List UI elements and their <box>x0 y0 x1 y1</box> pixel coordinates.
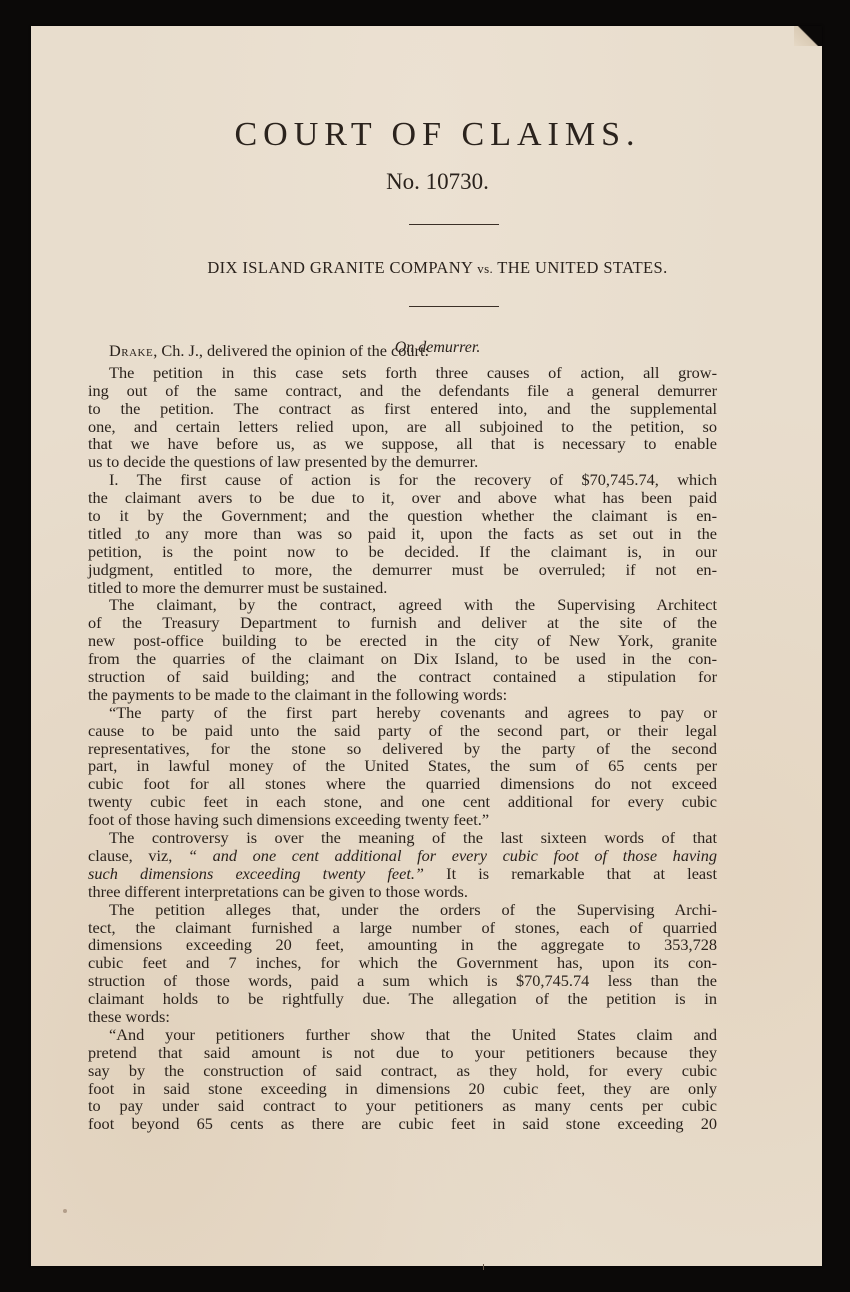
paper-mark <box>483 1264 484 1270</box>
italic-quote: such dimensions exceeding twenty feet.” <box>88 864 424 883</box>
text-line: pretend that said amount is not due to y… <box>88 1044 717 1062</box>
text-line: titled to more the demurrer must be sust… <box>88 579 717 597</box>
text-line: clause, viz, “ and one cent additional f… <box>88 847 717 865</box>
text-line: these words: <box>88 1008 717 1026</box>
text-line: part, in lawful money of the United Stat… <box>88 757 717 775</box>
paragraph: The petition alleges that, under the ord… <box>88 901 717 1026</box>
text-line: dimensions exceeding 20 feet, amounting … <box>88 936 717 954</box>
paragraph: The petition in this case sets forth thr… <box>88 364 717 471</box>
text-line: The petition alleges that, under the ord… <box>88 901 717 919</box>
paragraph: I. The first cause of action is for the … <box>88 471 717 596</box>
text-line: claimant holds to be rightfully due. The… <box>88 990 717 1008</box>
text-line: petition, is the point now to be decided… <box>88 543 717 561</box>
paragraph: The claimant, by the contract, agreed wi… <box>88 596 717 703</box>
defendant: THE UNITED STATES. <box>497 258 667 277</box>
text-line: from the quarries of the claimant on Dix… <box>88 650 717 668</box>
text-line: struction of those words, paid a sum whi… <box>88 972 717 990</box>
text-line: The controversy is over the meaning of t… <box>88 829 717 847</box>
text-line: to it by the Government; and the questio… <box>88 507 717 525</box>
text-line: “The party of the first part hereby cove… <box>88 704 717 722</box>
text-line: cause to be paid unto the said party of … <box>88 722 717 740</box>
folded-corner <box>794 26 822 46</box>
text-run: It is remarkable that at least <box>424 864 717 883</box>
text-line: “And your petitioners further show that … <box>88 1026 717 1044</box>
text-line: the claimant avers to be due to it, over… <box>88 489 717 507</box>
plaintiff: DIX ISLAND GRANITE COMPANY <box>207 258 472 277</box>
opinion-intro-text: , Ch. J., delivered the opinion of the c… <box>153 341 429 360</box>
divider-rule <box>409 306 499 307</box>
text-line: cubic feet and 7 inches, for which the G… <box>88 954 717 972</box>
text-line: I. The first cause of action is for the … <box>88 471 717 489</box>
text-line: new post-office building to be erected i… <box>88 632 717 650</box>
text-line: of the Treasury Department to furnish an… <box>88 614 717 632</box>
text-line: foot in said stone exceeding in dimensio… <box>88 1080 717 1098</box>
text-line: struction of said building; and the cont… <box>88 668 717 686</box>
italic-quote: “ and one cent additional for every cubi… <box>188 846 717 865</box>
text-line: to pay under said contract to your petit… <box>88 1097 717 1115</box>
text-line: ing out of the same contract, and the de… <box>88 382 717 400</box>
text-line: foot of those having such dimensions exc… <box>88 811 717 829</box>
opinion-intro: Drake, Ch. J., delivered the opinion of … <box>88 342 717 360</box>
paper-speck <box>63 1209 67 1213</box>
text-run: clause, viz, <box>88 846 188 865</box>
paragraph: The controversy is over the meaning of t… <box>88 829 717 901</box>
case-number: No. 10730. <box>31 169 822 195</box>
versus-label: vs. <box>477 261 493 276</box>
text-line: say by the construction of said contract… <box>88 1062 717 1080</box>
opinion-body: Drake, Ch. J., delivered the opinion of … <box>88 342 717 1133</box>
text-line: such dimensions exceeding twenty feet.” … <box>88 865 717 883</box>
divider-rule <box>409 224 499 225</box>
text-line: The claimant, by the contract, agreed wi… <box>88 596 717 614</box>
petition-quotation: “And your petitioners further show that … <box>88 1026 717 1133</box>
text-line: one, and certain letters relied upon, ar… <box>88 418 717 436</box>
text-line: that we have before us, as we suppose, a… <box>88 435 717 453</box>
text-line: representatives, for the stone so delive… <box>88 740 717 758</box>
text-line: tect, the claimant furnished a large num… <box>88 919 717 937</box>
case-parties: DIX ISLAND GRANITE COMPANY vs. THE UNITE… <box>31 258 822 278</box>
judge-name: Drake <box>109 341 153 360</box>
text-line: foot beyond 65 cents as there are cubic … <box>88 1115 717 1133</box>
text-line: the payments to be made to the claimant … <box>88 686 717 704</box>
text-line: three different interpretations can be g… <box>88 883 717 901</box>
text-line: The petition in this case sets forth thr… <box>88 364 717 382</box>
text-line: twenty cubic feet in each stone, and one… <box>88 793 717 811</box>
text-line: to the petition. The contract as first e… <box>88 400 717 418</box>
page-title: COURT OF CLAIMS. <box>31 116 822 154</box>
text-line: titled to any more than was so paid it, … <box>88 525 717 543</box>
text-line: cubic foot for all stones where the quar… <box>88 775 717 793</box>
text-line: judgment, entitled to more, the demurrer… <box>88 561 717 579</box>
text-line: us to decide the questions of law presen… <box>88 453 717 471</box>
contract-quotation: “The party of the first part hereby cove… <box>88 704 717 829</box>
